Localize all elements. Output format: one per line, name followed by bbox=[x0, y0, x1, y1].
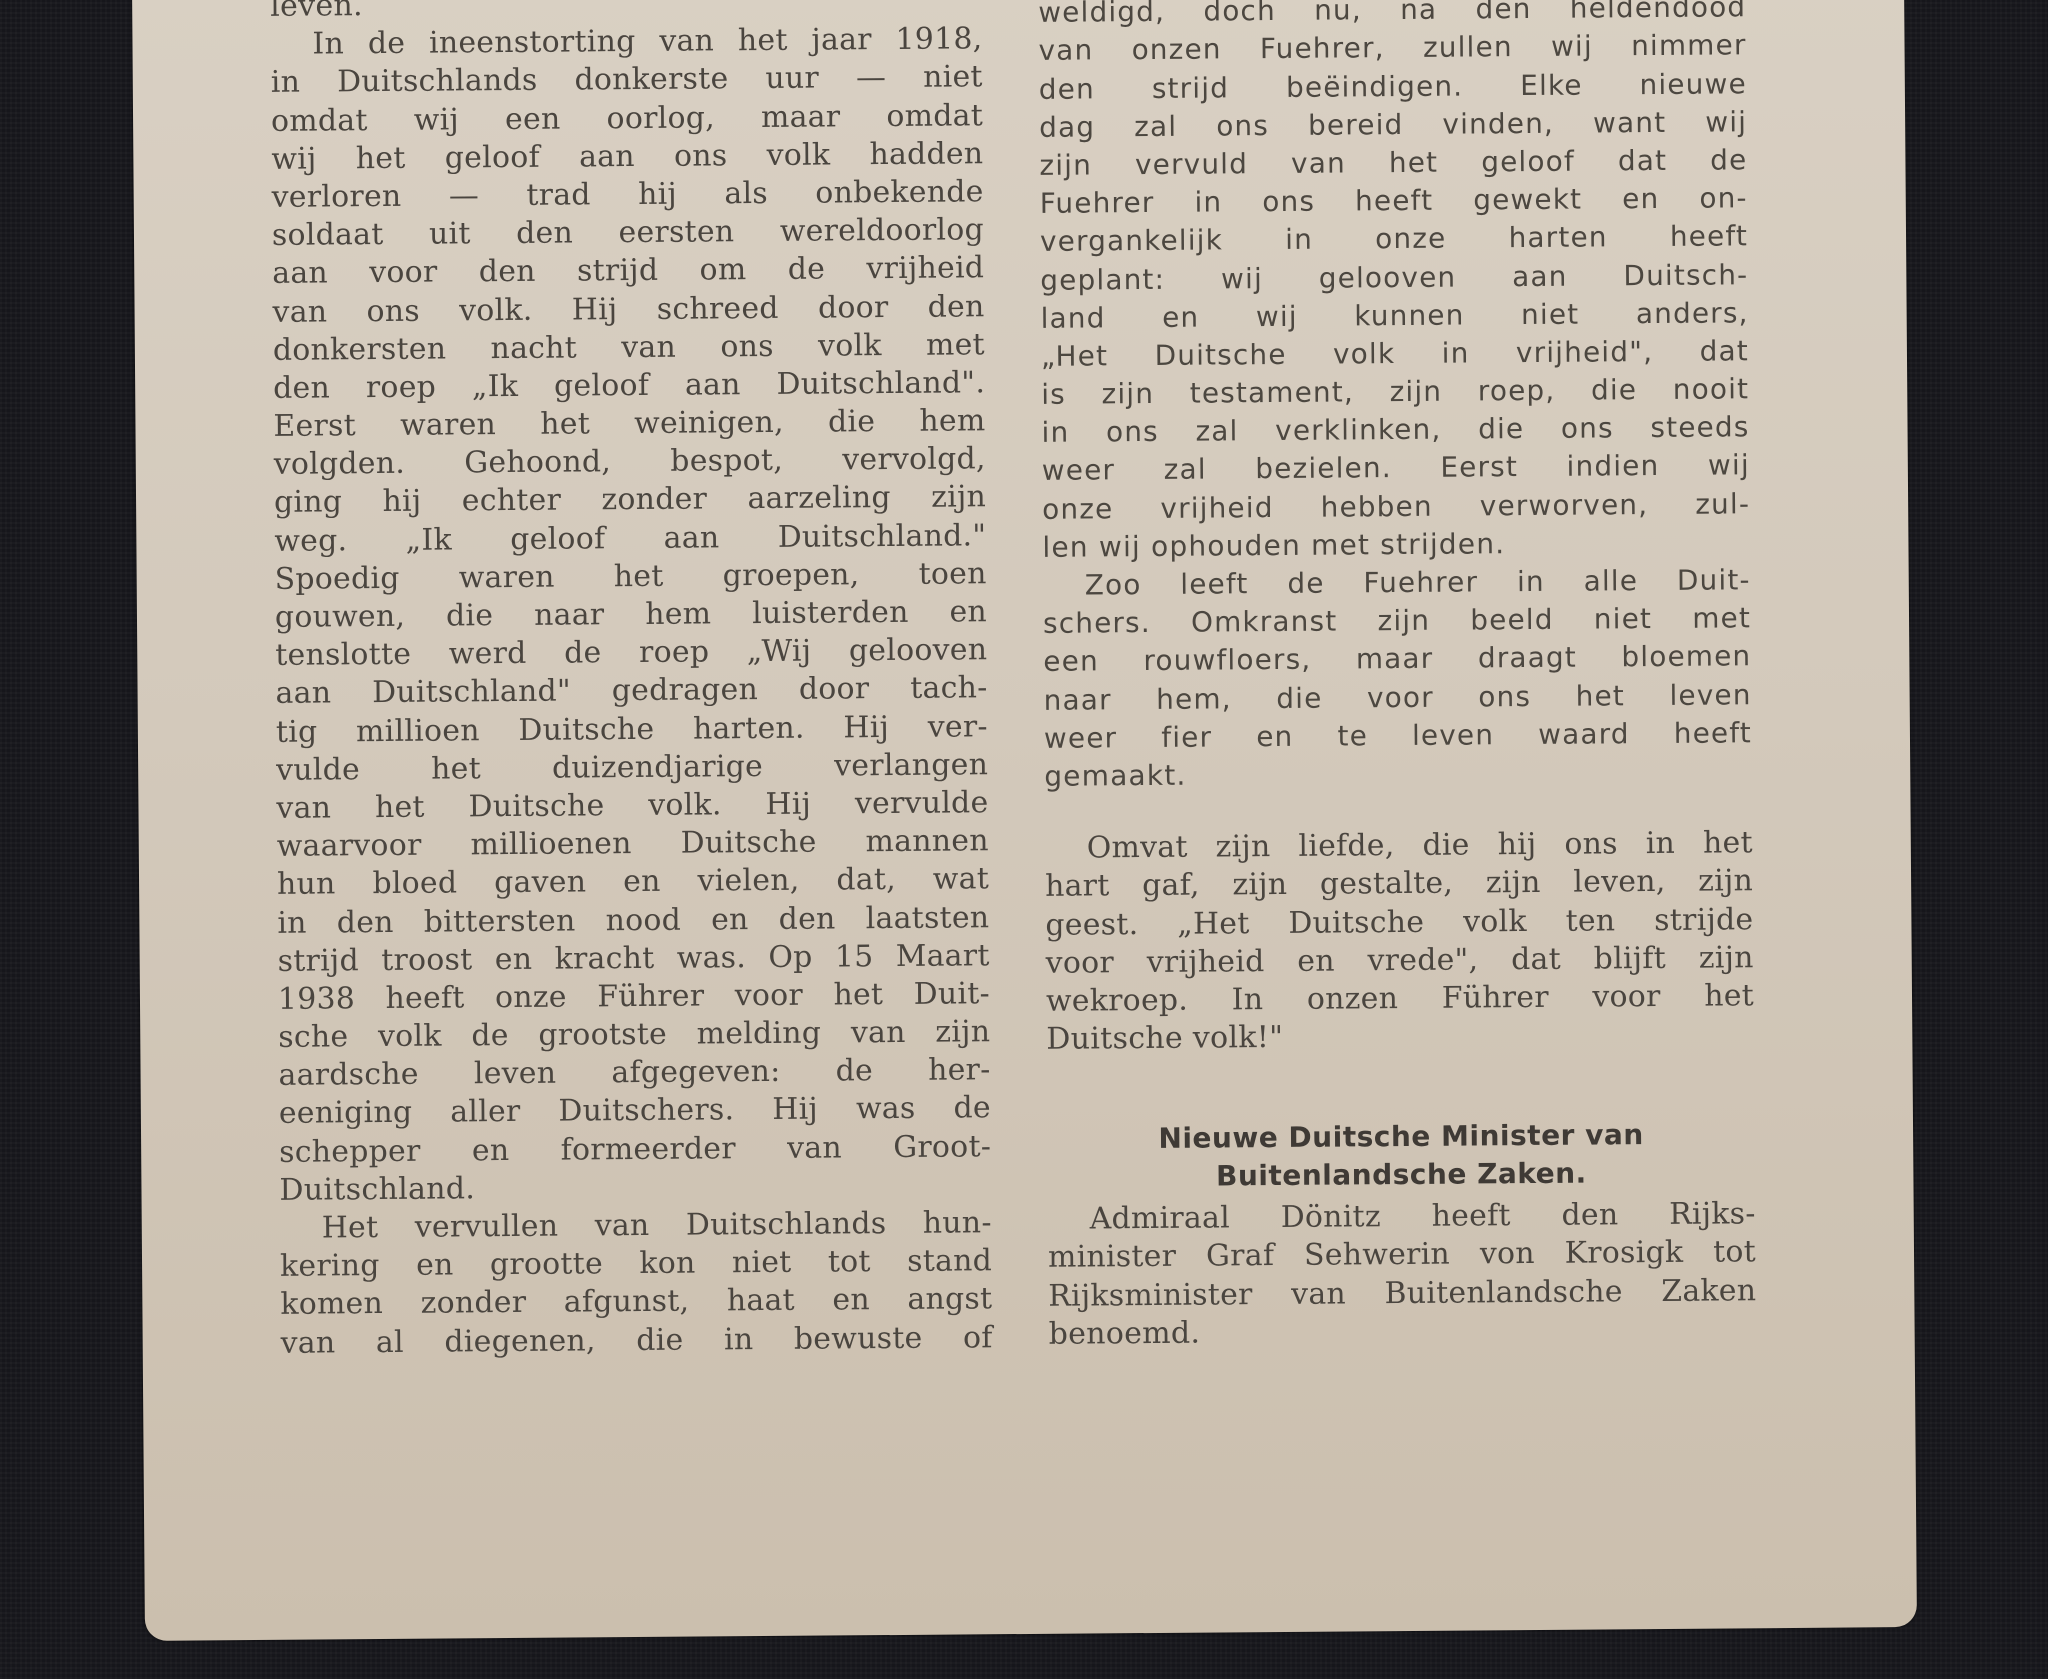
text-line: „Het Duitsche volk in vrijheid", dat bbox=[1041, 332, 1749, 376]
text-line: donkersten nacht van ons volk met bbox=[273, 326, 985, 370]
text-line: zijn vervuld van het geloof dat de bbox=[1039, 141, 1747, 185]
text-line: Fuehrer in ons heeft gewekt en on- bbox=[1040, 179, 1748, 223]
text-line: len wij ophouden met strijden. bbox=[1042, 523, 1750, 567]
paragraph-spacer bbox=[1044, 790, 1752, 830]
text-line: land en wij kunnen niet anders, bbox=[1041, 294, 1749, 338]
text-line: Eerst waren het weinigen, die hem bbox=[273, 402, 985, 446]
text-line: wij het geloof aan ons volk hadden bbox=[271, 135, 983, 179]
text-line: komen zonder afgunst, haat en angst bbox=[280, 1281, 992, 1325]
paragraph-testament: en meenen, dat zij ons hebben over- weld… bbox=[1038, 0, 1751, 567]
text-line: tenslotte werd de roep „Wij gelooven bbox=[275, 631, 987, 675]
text-line: in den bittersten nood en den laatsten bbox=[277, 899, 989, 943]
text-line: Het vervullen van Duitschlands hun- bbox=[280, 1204, 992, 1248]
newspaper-page: leven. In de ineenstorting van het jaar … bbox=[132, 0, 1917, 1641]
text-line: weg. „Ik geloof aan Duitschland." bbox=[274, 517, 986, 561]
text-line: wekroep. In onzen Führer voor het bbox=[1046, 977, 1754, 1021]
text-line: van het Duitsche volk. Hij vervulde bbox=[276, 784, 988, 828]
text-line: 1938 heeft onze Führer voor het Duit- bbox=[278, 975, 990, 1019]
text-line: Zoo leeft de Fuehrer in alle Duit- bbox=[1043, 561, 1751, 605]
text-line: eeniging aller Duitschers. Hij was de bbox=[279, 1090, 991, 1134]
text-line: aan voor den strijd om de vrijheid bbox=[272, 250, 984, 294]
text-line: den roep „Ik geloof aan Duitschland". bbox=[273, 364, 985, 408]
paragraph-1918: In de ineenstorting van het jaar 1918, i… bbox=[270, 20, 991, 1209]
text-line: verloren — trad hij als onbekende bbox=[272, 173, 984, 217]
text-line: vergankelijk in onze harten heeft bbox=[1040, 218, 1748, 262]
text-line: hart gaf, zijn gestalte, zijn leven, zij… bbox=[1045, 863, 1753, 907]
right-column: en meenen, dat zij ons hebben over- weld… bbox=[1038, 0, 1757, 1354]
text-line: waarvoor millioenen Duitsche mannen bbox=[277, 822, 989, 866]
text-line: vulde het duizendjarige verlangen bbox=[276, 746, 988, 790]
text-line: weer fier en te leven waard heeft bbox=[1044, 714, 1752, 758]
text-line: In de ineenstorting van het jaar 1918, bbox=[270, 20, 982, 64]
text-line: in ons zal verklinken, die ons steeds bbox=[1041, 409, 1749, 453]
text-line: schepper en formeerder van Groot- bbox=[279, 1128, 991, 1172]
text-line: Spoedig waren het groepen, toen bbox=[275, 555, 987, 599]
text-line: kering en grootte kon niet tot stand bbox=[280, 1242, 992, 1286]
paragraph-omvat: Omvat zijn liefde, die hij ons in het ha… bbox=[1045, 824, 1755, 1059]
text-line: gouwen, die naar hem luisterden en bbox=[275, 593, 987, 637]
text-line: schers. Omkranst zijn beeld niet met bbox=[1043, 599, 1751, 643]
text-line: tig millioen Duitsche harten. Hij ver- bbox=[276, 708, 988, 752]
text-line: naar hem, die voor ons het leven bbox=[1044, 676, 1752, 720]
news-headline: Nieuwe Duitsche Minister van Buitenlands… bbox=[1047, 1115, 1756, 1197]
text-line: minister Graf Sehwerin von Krosigk tot bbox=[1048, 1234, 1756, 1278]
text-line: voor vrijheid en vrede", dat blijft zijn bbox=[1046, 939, 1754, 983]
text-line: Duitschland. bbox=[279, 1166, 991, 1210]
text-line: een rouwfloers, maar draagt bloemen bbox=[1043, 638, 1751, 682]
section-spacer bbox=[1046, 1053, 1754, 1121]
text-line: Duitsche volk!" bbox=[1046, 1015, 1754, 1059]
text-line: hun bloed gaven en vielen, dat, wat bbox=[277, 861, 989, 905]
text-line: weer zal bezielen. Eerst indien wij bbox=[1042, 447, 1750, 491]
text-line: van onzen Fuehrer, zullen wij nimmer bbox=[1038, 27, 1746, 71]
text-line: omdat wij een oorlog, maar omdat bbox=[271, 97, 983, 141]
text-line: is zijn testament, zijn roep, die nooit bbox=[1041, 370, 1749, 414]
text-line: geplant: wij gelooven aan Duitsch- bbox=[1040, 256, 1748, 300]
news-item-minister: Nieuwe Duitsche Minister van Buitenlands… bbox=[1047, 1115, 1757, 1353]
text-line: van al diegenen, die in bewuste of bbox=[281, 1319, 993, 1363]
paragraph-vervullen: Het vervullen van Duitschlands hun- keri… bbox=[280, 1204, 993, 1362]
text-line: aardsche leven afgegeven: de her- bbox=[278, 1051, 990, 1095]
text-line: sche volk de grootste melding van zijn bbox=[278, 1013, 990, 1057]
text-line: ging hij echter zonder aarzeling zijn bbox=[274, 479, 986, 523]
headline-line: Nieuwe Duitsche Minister van bbox=[1047, 1115, 1755, 1159]
text-line: den strijd beëindigen. Elke nieuwe bbox=[1039, 65, 1747, 109]
text-line: Omvat zijn liefde, die hij ons in het bbox=[1045, 824, 1753, 868]
paragraph-zoo-leeft: Zoo leeft de Fuehrer in alle Duit- scher… bbox=[1043, 561, 1753, 796]
text-line: dag zal ons bereid vinden, want wij bbox=[1039, 103, 1747, 147]
text-line: volgden. Gehoond, bespot, vervolgd, bbox=[274, 441, 986, 485]
text-line: Rijksminister van Buitenlandsche Zaken bbox=[1048, 1272, 1756, 1316]
text-line: in Duitschlands donkerste uur — niet bbox=[271, 59, 983, 103]
headline-line: Buitenlandsche Zaken. bbox=[1047, 1153, 1755, 1197]
text-line: Admiraal Dönitz heeft den Rijks- bbox=[1048, 1195, 1756, 1239]
text-line: van ons volk. Hij schreed door den bbox=[272, 288, 984, 332]
text-line: geest. „Het Duitsche volk ten strijde bbox=[1045, 901, 1753, 945]
text-line: strijd troost en kracht was. Op 15 Maart bbox=[278, 937, 990, 981]
news-body: Admiraal Dönitz heeft den Rijks- ministe… bbox=[1048, 1195, 1757, 1353]
text-line: benoemd. bbox=[1048, 1310, 1756, 1354]
text-line: onze vrijheid hebben verworven, zul- bbox=[1042, 485, 1750, 529]
text-line: soldaat uit den eersten wereldoorlog bbox=[272, 211, 984, 255]
text-line: gemaakt. bbox=[1044, 752, 1752, 796]
text-line: aan Duitschland" gedragen door tach- bbox=[275, 670, 987, 714]
left-column: leven. In de ineenstorting van het jaar … bbox=[270, 0, 993, 1363]
